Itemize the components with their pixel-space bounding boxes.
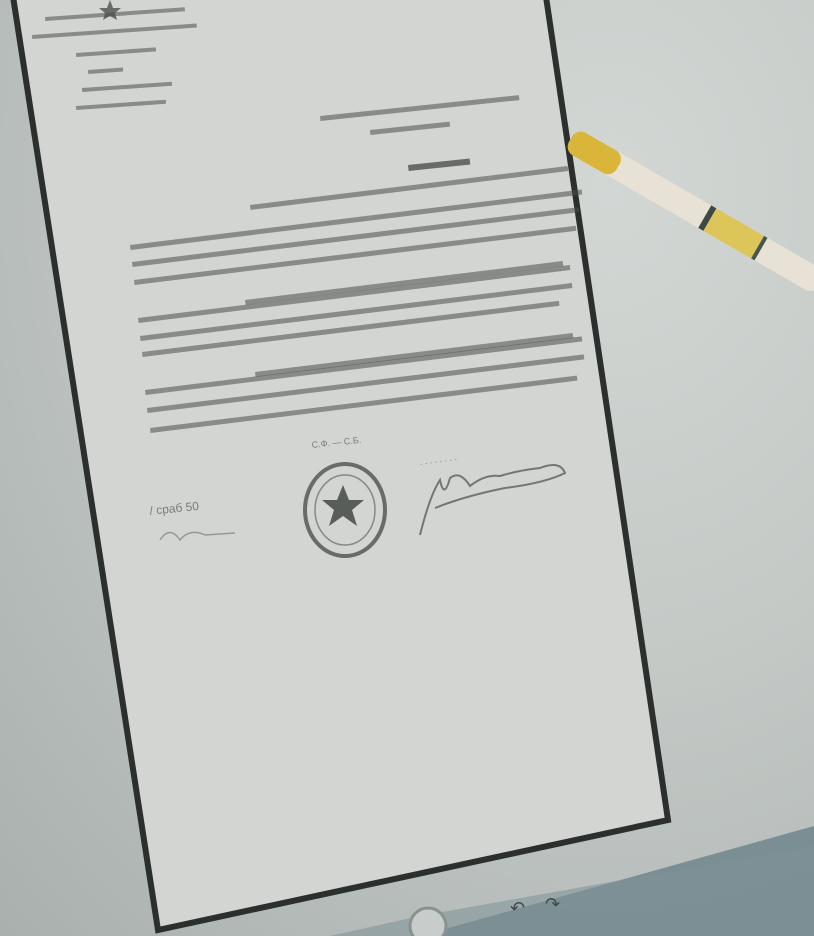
undo-icon[interactable]: ↶ <box>510 898 525 918</box>
app-icon[interactable] <box>410 908 446 936</box>
pen-pointer <box>560 120 814 320</box>
pen-tip-band <box>564 128 625 178</box>
taskbar: ↶ ↷ <box>0 786 814 936</box>
redo-icon[interactable]: ↷ <box>545 894 560 914</box>
